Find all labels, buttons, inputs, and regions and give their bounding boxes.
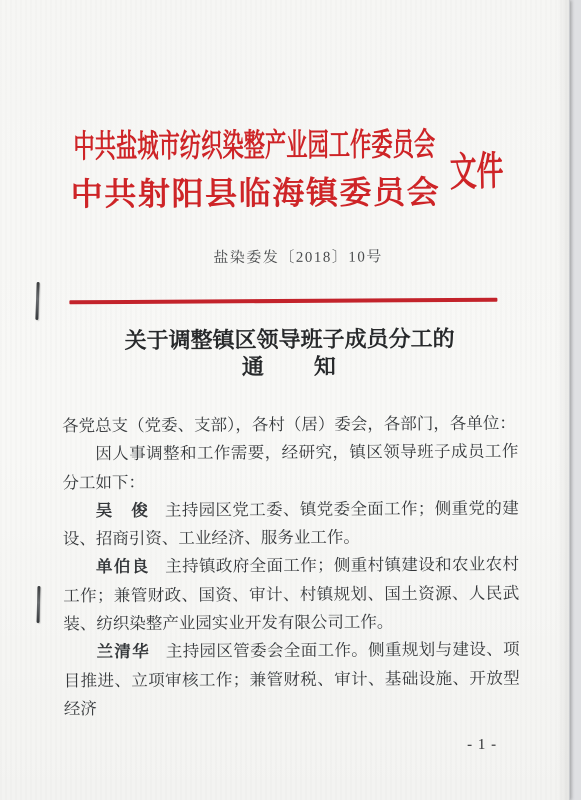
letterhead-char: 射 (138, 178, 170, 212)
letterhead-char: 海 (272, 177, 304, 211)
assignment-paragraph: 吴 俊主持园区党工委、镇党委全面工作；侧重党的建设、招商引资、工业经济、服务业工… (63, 494, 519, 553)
letterhead-char: 共 (104, 178, 136, 212)
person-name: 吴 俊 (96, 502, 150, 520)
assignment-paragraph: 单伯良主持镇政府全面工作；侧重村镇建设和农业农村工作；兼管财政、国资、审计、村镇… (63, 551, 520, 639)
person-name: 单伯良 (96, 558, 150, 576)
page-number: - 1 - (452, 737, 512, 754)
letterhead-char: 中 (71, 178, 103, 212)
document-body: 各党总支（党委、支部），各村（居）委会，各部门，各单位： 因人事调整和工作需要，… (62, 410, 520, 724)
letterhead-char: 临 (239, 177, 271, 211)
scanned-document-page: { "colors": { "letterhead_red": "#ce2427… (0, 0, 581, 800)
assignments: 吴 俊主持园区党工委、镇党委全面工作；侧重党的建设、招商引资、工业经济、服务业工… (63, 494, 520, 723)
person-name: 兰清华 (96, 643, 150, 661)
assignment-paragraph: 兰清华主持园区管委会全面工作。侧重规划与建设、项目推进、立项审核工作；兼管财税、… (63, 636, 520, 724)
document-title: 关于调整镇区领导班子成员分工的 通 知 (62, 325, 518, 382)
document-number: 盐染委发〔2018〕10号 (61, 245, 517, 269)
letterhead-char: 委 (339, 176, 371, 210)
letterhead-char: 镇 (306, 177, 338, 211)
intro-paragraph: 因人事调整和工作需要，经研究，镇区领导班子成员工作分工如下： (62, 438, 518, 497)
letterhead-char: 县 (205, 177, 237, 211)
title-line2: 通 知 (62, 352, 518, 382)
letterhead-org-line1: 中共盐城市纺织染整产业园工作委员会 (73, 128, 435, 162)
salutation: 各党总支（党委、支部），各村（居）委会，各部门，各单位： (62, 410, 518, 441)
letterhead-char: 员 (373, 176, 405, 210)
paper-sheet: 中共盐城市纺织染整产业园工作委员会 中共射阳县临海镇委员会 文件 盐染委发〔20… (0, 0, 570, 800)
letterhead-org-line2: 中共射阳县临海镇委员会 (71, 176, 439, 212)
document-content: 中共盐城市纺织染整产业园工作委员会 中共射阳县临海镇委员会 文件 盐染委发〔20… (0, 0, 571, 800)
red-separator-line (69, 298, 497, 305)
letterhead-char: 阳 (171, 177, 203, 211)
title-line1: 关于调整镇区领导班子成员分工的 (62, 325, 518, 355)
letterhead-doc-type: 文件 (449, 151, 503, 193)
letterhead-char: 会 (407, 176, 439, 210)
